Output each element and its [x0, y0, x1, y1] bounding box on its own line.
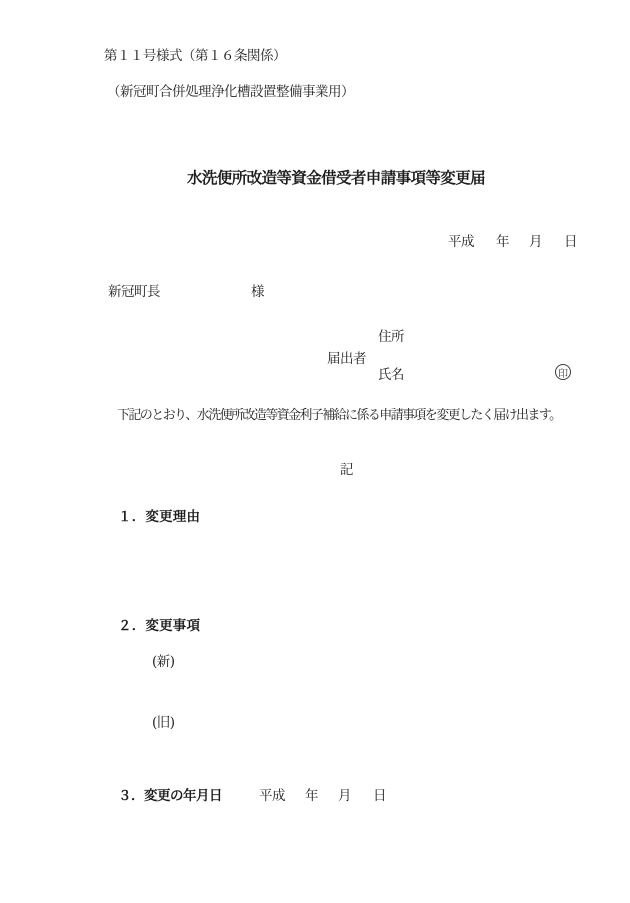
item-3-era-label: 平成 [259, 784, 285, 804]
body-paragraph: 下記のとおり、水洗便所改造等資金利子補給に係る申請事項を変更したく届け出ます。 [117, 408, 561, 424]
item-2-new-label: (新) [152, 654, 175, 670]
document-page: 第１１号様式（第１６条関係） （新冠町合併処理浄化槽設置整備事業用） 水洗便所改… [0, 0, 630, 903]
addressee-honorific: 様 [251, 280, 264, 300]
header-day-label: 日 [564, 230, 577, 250]
addressee-name: 新冠町長 [108, 280, 160, 300]
list-heading: 記 [340, 462, 353, 478]
form-number-line: 第１１号様式（第１６条関係） [104, 48, 286, 64]
document-title: 水洗便所改造等資金借受者申請事項等変更届 [187, 169, 485, 188]
header-month-label: 月 [529, 230, 542, 250]
item-3-date-label: ３．変更の年月日 [118, 784, 222, 804]
item-3-year-label: 年 [305, 784, 318, 804]
item-2-old-label: (旧) [152, 715, 175, 731]
applicant-role-label: 届出者 [327, 351, 366, 367]
header-year-label: 年 [496, 230, 509, 250]
header-date-line: 平成 年 月 日 [448, 230, 577, 250]
item-3-month-label: 月 [338, 784, 351, 804]
seal-icon: 印 [555, 364, 571, 380]
applicant-address-label: 住所 [378, 329, 404, 345]
item-3-date-line: ３．変更の年月日 平成 年 月 日 [118, 784, 386, 804]
header-era-label: 平成 [448, 230, 474, 250]
form-usage-note: （新冠町合併処理浄化槽設置整備事業用） [107, 84, 354, 100]
item-1-reason-label: １．変更理由 [118, 509, 200, 525]
addressee-line: 新冠町長 様 [108, 280, 264, 300]
applicant-name-label: 氏名 [378, 367, 404, 383]
item-3-day-label: 日 [373, 784, 386, 804]
item-2-details-label: ２．変更事項 [118, 618, 200, 634]
